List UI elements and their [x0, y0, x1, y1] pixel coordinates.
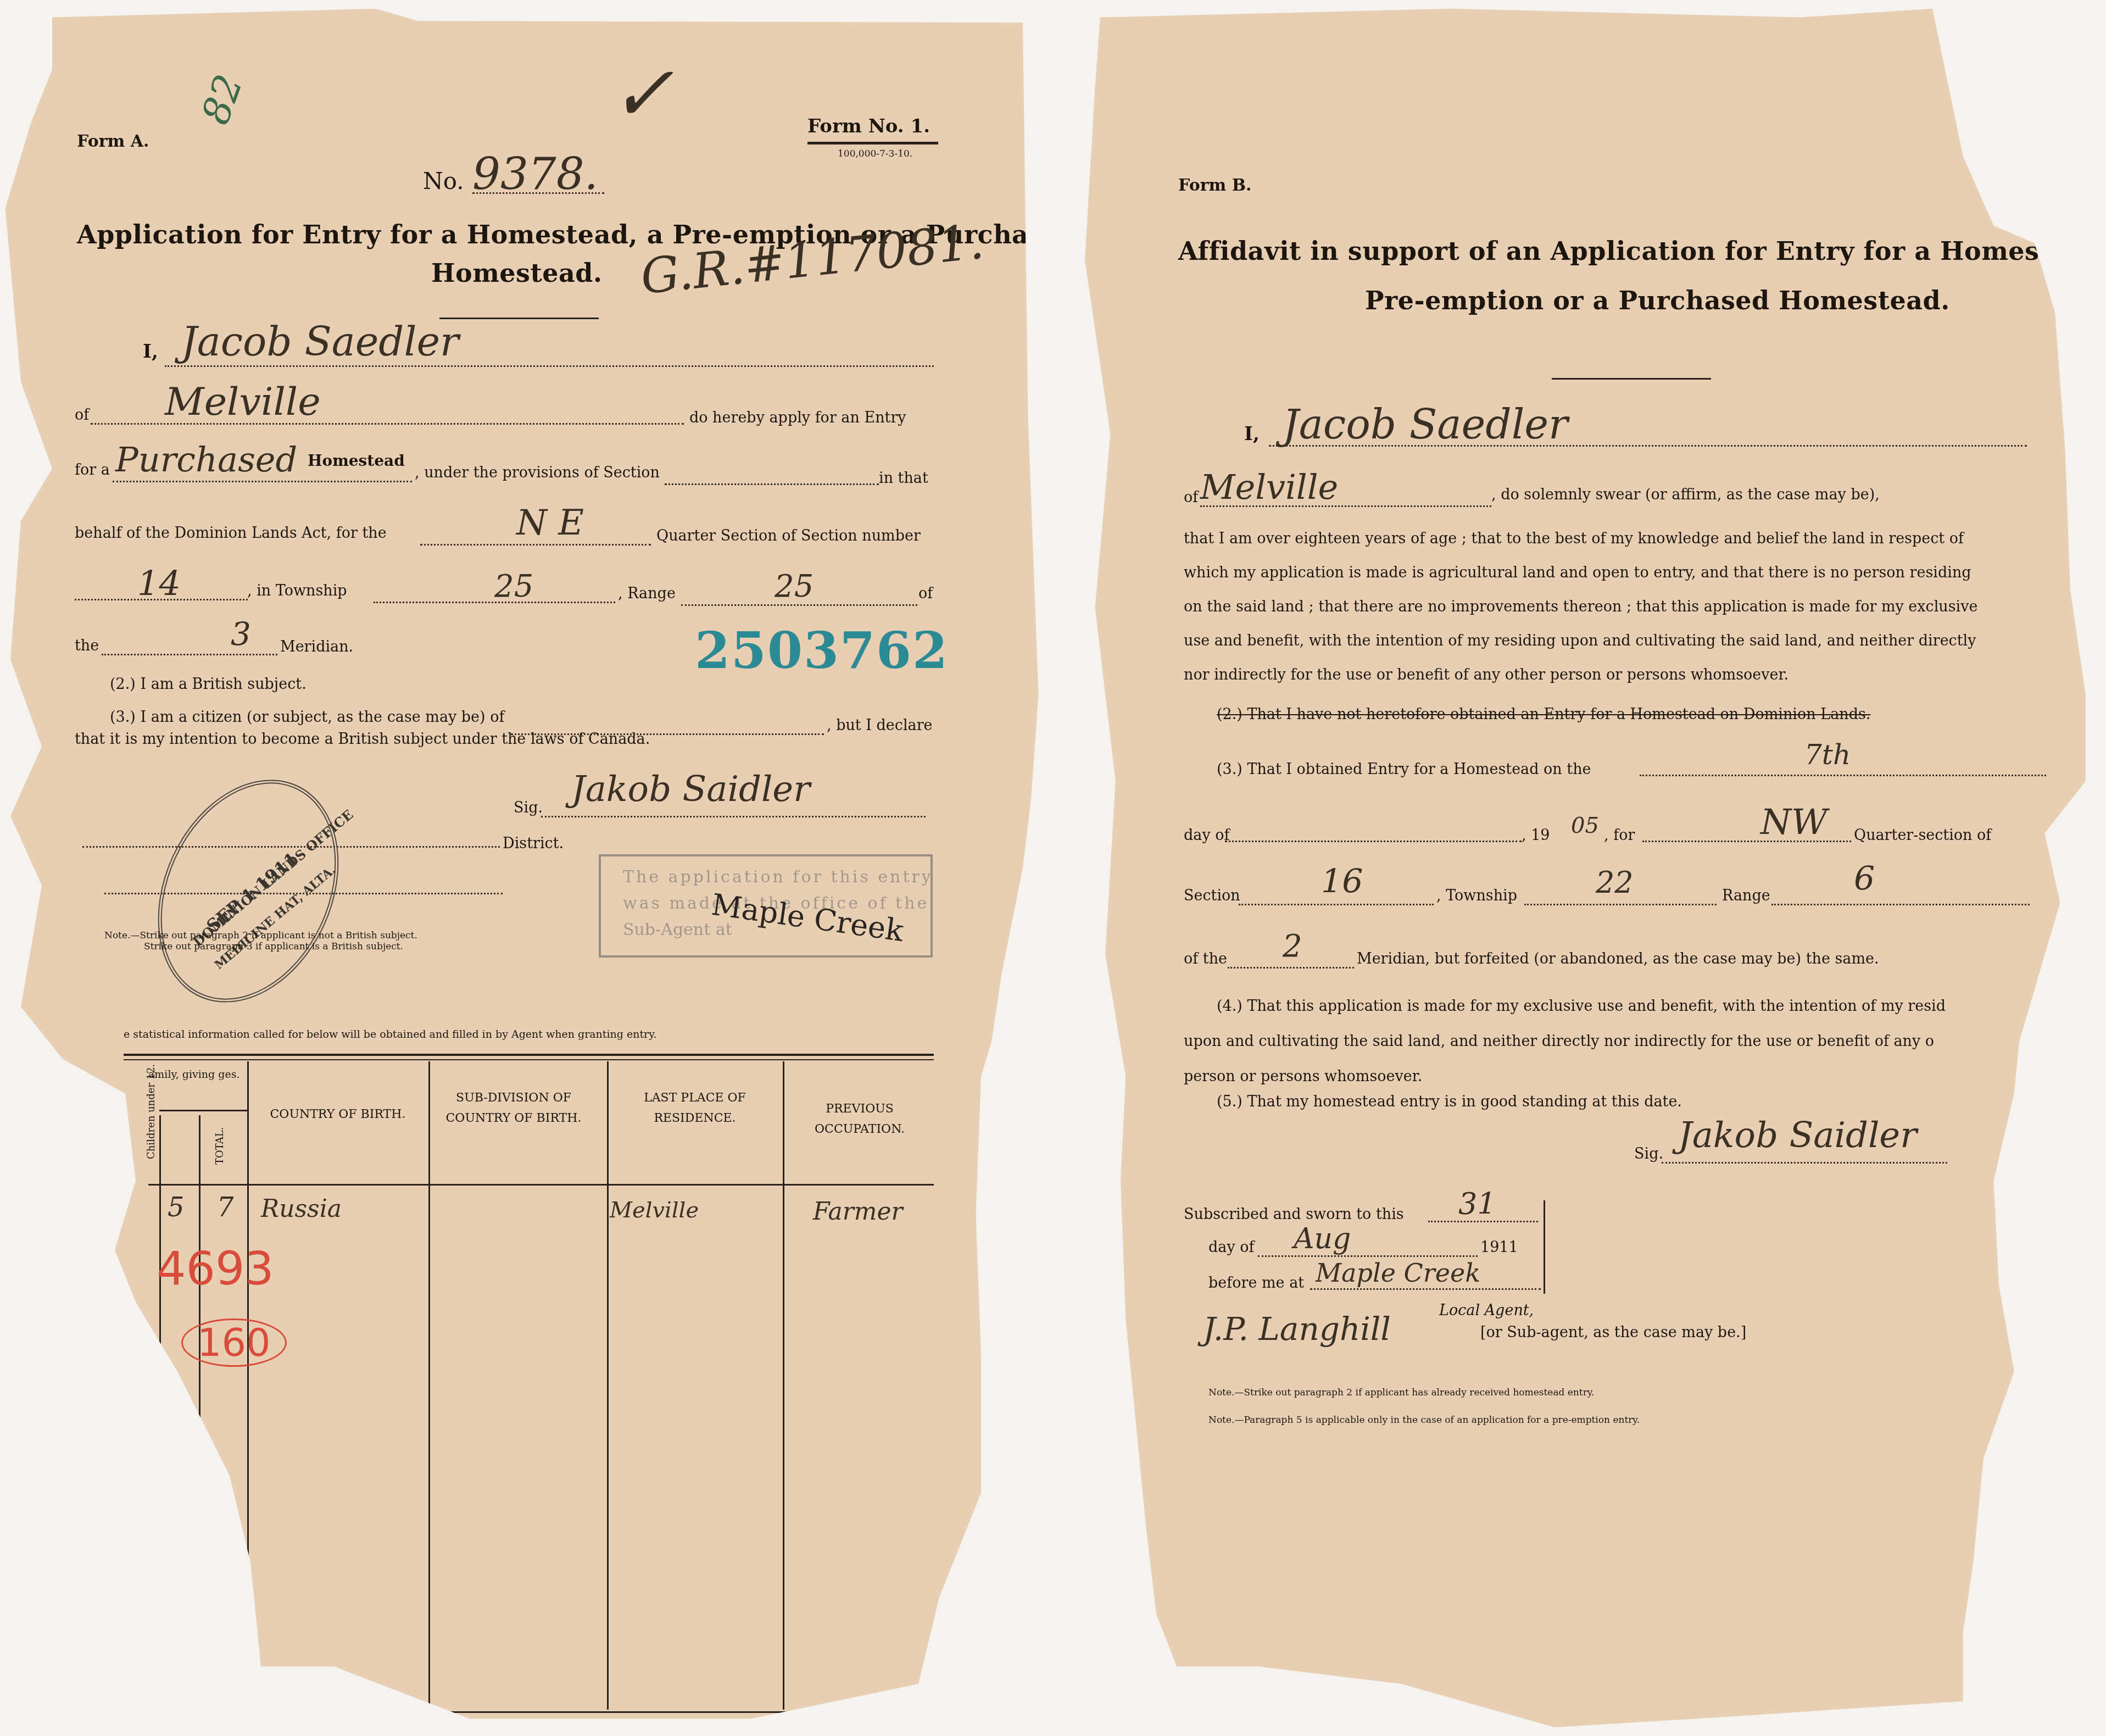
- entry-quarter-field[interactable]: NW: [1760, 802, 1828, 843]
- for-label: , for: [1604, 827, 1635, 844]
- jurat-bracket: [1544, 1200, 1545, 1294]
- sig-label: Sig.: [514, 799, 543, 816]
- stamp-date: SEP 1 1911: [202, 848, 302, 937]
- header-last-residence: LAST PLACE OF RESIDENCE.: [626, 1088, 764, 1129]
- form-number-label: Form No. 1.: [807, 115, 930, 137]
- sig-label: Sig.: [1634, 1145, 1663, 1162]
- applicant-name-field[interactable]: Jacob Saedler: [181, 319, 459, 365]
- of-the-label: of the: [1184, 950, 1227, 967]
- entry-range-field[interactable]: 6: [1854, 860, 1875, 898]
- i-label: I,: [143, 341, 158, 363]
- entry-type-field[interactable]: Purchased: [115, 439, 297, 480]
- note-1: Note.—Strike out paragraph 2 if applican…: [1208, 1387, 1595, 1398]
- cell-country: Russia: [261, 1195, 342, 1223]
- of-label: of: [75, 407, 89, 424]
- section-number-field[interactable]: 14: [137, 563, 181, 603]
- local-agent-label: Local Agent,: [1439, 1302, 1534, 1319]
- statistical-note: e statistical information called for bel…: [124, 1028, 656, 1041]
- title-ornament: [1552, 378, 1711, 380]
- entry-township-field[interactable]: 22: [1596, 865, 1634, 900]
- entry-month-field[interactable]: [1225, 841, 1522, 842]
- township-label: , Township: [1436, 887, 1517, 904]
- note-1: Note.—Strike out paragraph 2 if applican…: [104, 930, 417, 941]
- subscribed-label: Subscribed and sworn to this: [1184, 1206, 1404, 1223]
- para-4: (4.) That this application is made for m…: [1184, 989, 1946, 1094]
- township-field[interactable]: 25: [494, 569, 533, 604]
- entry-section-field[interactable]: 16: [1321, 863, 1363, 901]
- red-annotation-circled: 160: [181, 1318, 287, 1367]
- header-family: amily, giving ges.: [148, 1069, 247, 1081]
- title-ornament: [439, 318, 599, 319]
- residence-field[interactable]: Melville: [1200, 467, 1338, 507]
- behalf-text: behalf of the Dominion Lands Act, for th…: [75, 525, 387, 542]
- entry-type-stamp: Homestead: [308, 452, 405, 470]
- header-total: TOTAL.: [214, 1127, 226, 1165]
- jurat-month-field[interactable]: Aug: [1294, 1222, 1351, 1255]
- in-that-text: in that: [879, 470, 928, 487]
- form-a-sheet: Form A. 82 ✓ Form No. 1. 100,000-7-3-10.…: [0, 0, 1044, 1736]
- range-label: Range: [1722, 887, 1770, 904]
- apply-text: do hereby apply for an Entry: [689, 409, 906, 426]
- meridian-label: Meridian.: [280, 638, 353, 655]
- form-b-title-line2: Pre-emption or a Purchased Homestead.: [1365, 286, 1950, 315]
- jurat-day-of-label: day of: [1208, 1239, 1254, 1256]
- jurat-day-field[interactable]: 31: [1458, 1187, 1496, 1221]
- application-no: 9378.: [472, 148, 598, 199]
- para-5: (5.) That my homestead entry is in good …: [1217, 1093, 1682, 1110]
- table-bottom-rule: [231, 1711, 937, 1713]
- table-top-rule: [124, 1054, 934, 1056]
- entry-year-field[interactable]: 05: [1571, 813, 1599, 838]
- applicant-name-field[interactable]: Jacob Saedler: [1283, 401, 1568, 448]
- para-2: (2.) I am a British subject.: [110, 676, 307, 693]
- print-code: 100,000-7-3-10.: [838, 148, 912, 159]
- entry-meridian-field[interactable]: 2: [1283, 928, 1302, 964]
- header-previous-occupation: PREVIOUS OCCUPATION.: [796, 1099, 923, 1140]
- range-field[interactable]: 25: [775, 569, 814, 604]
- para-1: that I am over eighteen years of age ; t…: [1184, 522, 1977, 692]
- entry-day-field[interactable]: 7th: [1804, 739, 1851, 771]
- cell-children: 5: [168, 1192, 185, 1223]
- note-2: Strike out paragraph 3 if applicant is a…: [144, 941, 403, 952]
- header-children: Children under 12.: [146, 1064, 157, 1159]
- form-b-label: Form B.: [1178, 176, 1251, 195]
- file-number-stamp: 2503762: [695, 621, 949, 680]
- dominion-lands-office-stamp: DOMINION LANDS OFFICE SEP 1 1911 MEDICIN…: [124, 750, 374, 1032]
- cell-occupation: Farmer: [813, 1198, 903, 1226]
- quarter-label: Quarter-section of: [1854, 827, 1991, 844]
- cell-residence: Melville: [610, 1198, 699, 1223]
- range-label: , Range: [618, 585, 676, 602]
- form-b-title-line1: Affidavit in support of an Application f…: [1178, 236, 2106, 266]
- of-label: of: [1184, 489, 1198, 506]
- swear-text: , do solemnly swear (or affirm, as the c…: [1491, 486, 1880, 503]
- meridian-field[interactable]: 3: [231, 615, 251, 653]
- provisions-text: , under the provisions of Section: [415, 464, 660, 481]
- para-3-c: that it is my intention to become a Brit…: [75, 731, 650, 748]
- i-label: I,: [1244, 423, 1260, 445]
- para-3-a: (3.) I am a citizen (or subject, as the …: [110, 709, 504, 726]
- para-2-struck: (2.) That I have not heretofore obtained…: [1217, 706, 1870, 723]
- sub-agent-box: The application for this entry was made …: [599, 854, 933, 958]
- of-text: of: [918, 585, 933, 602]
- sub-agent-label: [or Sub-agent, as the case may be.]: [1480, 1324, 1746, 1341]
- sub-agent-line3: Sub-Agent at: [623, 920, 732, 939]
- applicant-signature: Jakob Saidler: [1678, 1115, 1917, 1156]
- before-label: before me at: [1208, 1275, 1304, 1292]
- section-provision-field[interactable]: [665, 483, 879, 485]
- agent-signature: J.P. Langhill: [1203, 1310, 1391, 1348]
- year-prefix: , 19: [1522, 827, 1550, 844]
- jurat-year: 1911: [1480, 1239, 1518, 1256]
- header-subdivision: SUB-DIVISION OF COUNTRY OF BIRTH.: [439, 1088, 588, 1129]
- cell-total: 7: [217, 1192, 234, 1223]
- jurat-place-field[interactable]: Maple Creek: [1316, 1258, 1480, 1288]
- residence-field[interactable]: Melville: [165, 379, 321, 424]
- sub-agent-line1: The application for this entry: [623, 867, 933, 887]
- day-of-label: day of: [1184, 827, 1229, 844]
- form-a-title-line2: Homestead.: [431, 258, 602, 288]
- form-a-label: Form A.: [77, 132, 149, 151]
- quarter-field[interactable]: N E: [516, 503, 584, 543]
- para-3-b: , but I declare: [827, 717, 933, 734]
- form-b-sheet: Form B. Affidavit in support of an Appli…: [1085, 0, 2106, 1736]
- note-2: Note.—Paragraph 5 is applicable only in …: [1208, 1415, 1640, 1426]
- the-label: the: [75, 637, 99, 654]
- margin-note: 82: [193, 69, 252, 130]
- section-label: Section: [1184, 887, 1240, 904]
- applicant-signature: Jakob Saidler: [571, 769, 810, 810]
- for-a-label: for a: [75, 461, 110, 478]
- header-country-of-birth: COUNTRY OF BIRTH.: [250, 1104, 426, 1125]
- form-number-underline: [807, 142, 938, 144]
- quarter-text: Quarter Section of Section number: [656, 527, 921, 544]
- district-label: District.: [503, 835, 564, 852]
- application-no-label: No.: [423, 168, 464, 194]
- table-header-rule: [148, 1184, 934, 1186]
- red-annotation-number: 4693: [157, 1242, 274, 1295]
- checkmark-icon: ✓: [610, 49, 674, 139]
- township-label: , in Township: [247, 582, 347, 599]
- para-3-text: (3.) That I obtained Entry for a Homeste…: [1217, 761, 1591, 778]
- meridian-text: Meridian, but forfeited (or abandoned, a…: [1357, 950, 1879, 967]
